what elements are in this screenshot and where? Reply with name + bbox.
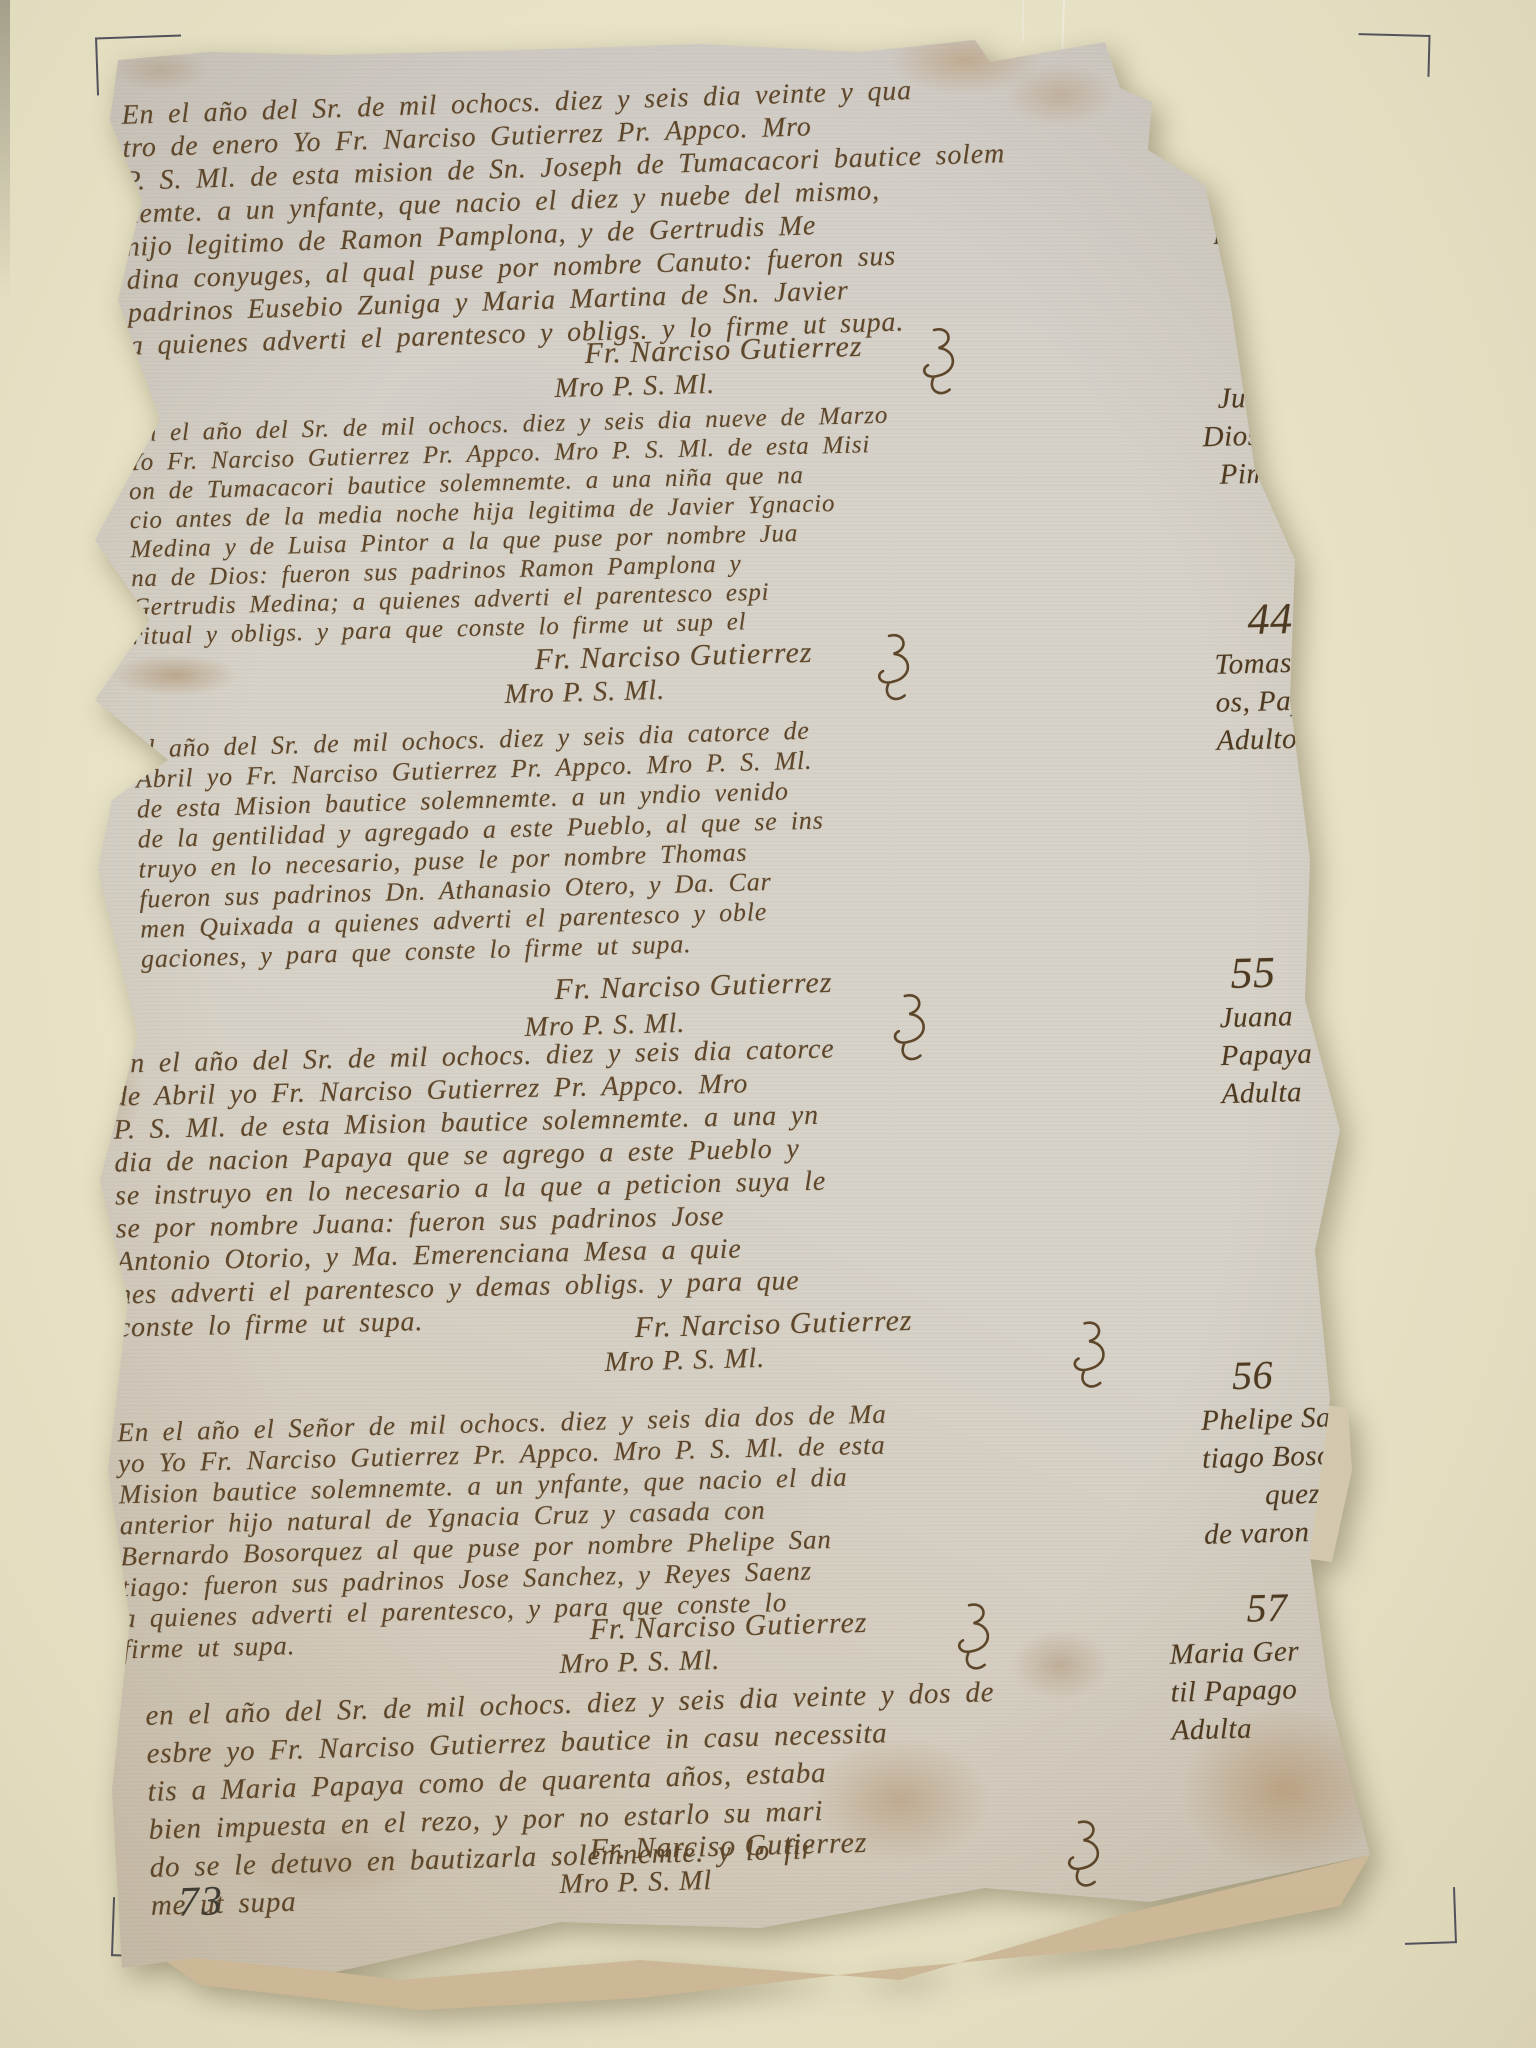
priest-signature: Fr. Narciso GutierrezMro P. S. Ml.	[499, 636, 814, 712]
margin-name-line: Juana	[1219, 997, 1312, 1037]
priest-signature: Fr. Narciso GutierrezMro P. S. Ml.	[554, 1606, 869, 1682]
baptism-entry-thomas: el año del Sr. de mil ochocs. diez y sei…	[135, 715, 827, 974]
margin-entry-number: 55	[1230, 947, 1311, 999]
signature-line: Fr. Narciso Gutierrez	[554, 964, 833, 1008]
rubric-flourish	[914, 323, 960, 402]
signature-line: Mro P. S. Ml.	[559, 1640, 869, 1682]
signature-line: Fr. Narciso Gutierrez	[534, 636, 813, 677]
margin-annotation: 5242Canuta Pamplona Pima	[1203, 62, 1359, 248]
margin-entry-number: 42	[1240, 122, 1356, 171]
baptism-entry-canuto: En el año del Sr. de mil ochocs. diez y …	[121, 71, 1011, 363]
priest-signature: Fr. Narciso GutierrezMro P. S. Ml.	[519, 964, 834, 1046]
margin-name-line: Tomas de	[1214, 642, 1362, 684]
rubric-flourish	[949, 1599, 995, 1678]
priest-signature: Fr. Narciso GutierrezMro P. S. Ml.	[599, 1304, 914, 1380]
margin-annotation: 57Maria Gertil PapagoAdulta	[1168, 1582, 1302, 1749]
margin-entry-number: 57	[1246, 1582, 1299, 1633]
margin-name-line: Adulta	[1171, 1708, 1301, 1749]
margin-name-line: Papaya	[1220, 1035, 1313, 1075]
signature-line: Fr. Narciso Gutierrez	[589, 1826, 868, 1867]
signature-line: Fr. Narciso Gutierrez	[634, 1304, 913, 1345]
rubric-flourish	[1059, 1816, 1105, 1895]
margin-name-line: Dios Medina	[1202, 414, 1359, 456]
rubric-flourish	[1064, 1317, 1110, 1396]
baptism-entry-juana: En el año del Sr. de mil ochocs. diez y …	[112, 1032, 840, 1344]
priest-signature: Fr. Narciso GutierrezMro P. S. Ml	[554, 1826, 869, 1902]
manuscript-page: En el año del Sr. de mil ochocs. diez y …	[80, 28, 1390, 2018]
signature-line: Mro P. S. Ml.	[554, 364, 864, 406]
signature-line: Fr. Narciso Gutierrez	[589, 1606, 868, 1647]
margin-name-line: Juana de	[1217, 376, 1358, 418]
priest-signature: Fr. Narciso GutierrezMro P. S. Ml.	[549, 330, 864, 406]
baptism-entry-juana-de-dios: En el año del Sr. de mil ochocs. diez y …	[127, 401, 893, 652]
margin-annotation: 55JuanaPapayaAdulta	[1218, 947, 1314, 1113]
margin-entry-number: 56	[1231, 1348, 1345, 1401]
margin-annotation: 43Juana deDios MedinaPima	[1216, 326, 1360, 494]
manuscript-stack: En el año del Sr. de mil ochocs. diez y …	[0, 0, 1536, 2048]
rubric-flourish	[885, 989, 931, 1068]
margin-annotation: 44Tomas deos, PapagosAdultos	[1213, 592, 1365, 760]
margin-name-line: Phelipe San	[1201, 1398, 1347, 1440]
margin-name-line: til Papago	[1170, 1670, 1300, 1711]
margin-name-line: Canuta Pam	[1205, 168, 1357, 210]
rubric-flourish	[869, 629, 915, 708]
margin-name-line: plona Pima	[1214, 206, 1358, 248]
margin-name-line: os, Papagos	[1215, 680, 1363, 722]
margin-entry-number: 44	[1247, 592, 1362, 645]
margin-name-line: Adultos	[1216, 718, 1364, 760]
margin-name-line: Pima	[1219, 452, 1360, 494]
signature-line: Mro P. S. Ml.	[604, 1338, 914, 1380]
photograph-of-manuscript: En el año del Sr. de mil ochocs. diez y …	[0, 0, 1536, 2048]
margin-name-line: Maria Ger	[1169, 1632, 1299, 1673]
signature-line: Mro P. S. Ml.	[504, 670, 814, 712]
margin-entry-number: 52	[1223, 62, 1355, 125]
page-number: 73	[177, 1877, 225, 1927]
margin-name-line: Adulta	[1221, 1073, 1314, 1113]
signature-line: Fr. Narciso Gutierrez	[584, 330, 863, 371]
margin-entry-number: 43	[1244, 326, 1357, 379]
